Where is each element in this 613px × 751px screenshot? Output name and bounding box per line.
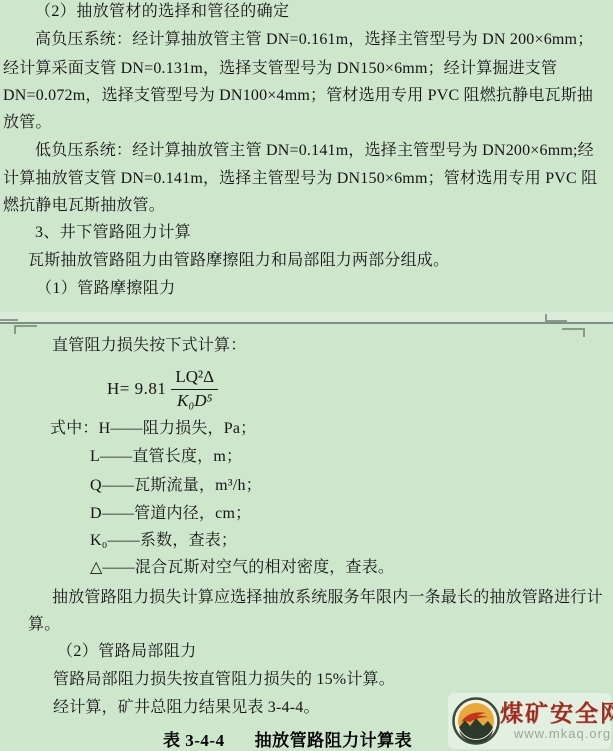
watermark-text: 煤矿安全网 www.mkaq.org [500, 701, 613, 741]
page2-right-margin-mark [583, 328, 585, 337]
paragraph-line: 低负压系统：经计算抽放管主管 DN=0.141m，选择主管型号为 DN200×6… [35, 142, 594, 160]
symbol-definition-line: L——直管长度，m； [90, 448, 242, 466]
paragraph-line: 燃抗静电瓦斯抽放管。 [3, 197, 165, 215]
page2-left-margin-mark [14, 325, 16, 334]
table-caption-title: 抽放管路阻力计算表 [255, 731, 413, 750]
page-break-band [0, 312, 613, 324]
section-2-heading: （2）抽放管材的选择和管径的确定 [35, 3, 289, 21]
paragraph-line: 放管。 [3, 114, 52, 132]
subsection-2-heading: （2）管路局部阻力 [57, 643, 197, 661]
paragraph-line: DN=0.072m，选择支管型号为 DN100×4mm；管材选用专用 PVC 阻… [3, 87, 593, 105]
paragraph-line: 抽放管路阻力损失计算应选择抽放系统服务年限内一条最长的抽放管路进行计 [52, 589, 603, 607]
symbol-definition-line: △——混合瓦斯对空气的相对密度，查表。 [90, 559, 394, 577]
paragraph-line: 高负压系统：经计算抽放管主管 DN=0.161m，选择主管型号为 DN 200×… [35, 31, 593, 49]
page2-left-margin-mark [14, 325, 37, 327]
page1-left-margin-mark [0, 319, 18, 321]
symbol-definition-line: K₀——系数，查表； [90, 532, 237, 550]
formula-numerator: LQ²Δ [171, 367, 218, 389]
symbol-definition-line: Q——瓦斯流量，m³/h； [90, 477, 262, 495]
table-caption: 表 3-4-4抽放管路阻力计算表 [163, 726, 412, 751]
formula-fraction: LQ²Δ K₀D⁵ [171, 367, 218, 410]
watermark-site-url: www.mkaq.org [514, 727, 611, 741]
page2-right-margin-mark [562, 328, 585, 330]
paragraph-line: 经计算，矿井总阻力结果见表 3-4-4。 [53, 699, 320, 717]
formula-denominator: K₀D⁵ [171, 390, 218, 411]
mkaq-logo-icon [452, 697, 500, 745]
paragraph-line: 经计算采面支管 DN=0.131m，选择支管型号为 DN150×6mm；经计算掘… [3, 60, 557, 78]
friction-loss-formula: H= 9.81 LQ²Δ K₀D⁵ [107, 366, 218, 412]
symbol-definition-line: D——管道内径，cm； [90, 505, 251, 523]
document-page: （2）抽放管材的选择和管径的确定 高负压系统：经计算抽放管主管 DN=0.161… [0, 0, 613, 751]
formula-lhs: H= 9.81 [107, 379, 166, 399]
page1-right-margin-mark [545, 320, 567, 322]
table-caption-number: 表 3-4-4 [163, 731, 225, 750]
paragraph-line: 管路局部阻力损失按直管阻力损失的 15%计算。 [53, 671, 395, 689]
watermark-site-name: 煤矿安全网 [500, 701, 613, 727]
site-watermark: 煤矿安全网 www.mkaq.org [448, 693, 611, 749]
paragraph-line: 计算抽放管支管 DN=0.141m，选择主管型号为 DN150×6mm；管材选用… [3, 170, 597, 188]
paragraph-line: 算。 [28, 616, 60, 634]
paragraph-line: 瓦斯抽放管路阻力由管路摩擦阻力和局部阻力两部分组成。 [28, 252, 449, 270]
subsection-1-heading: （1）管路摩擦阻力 [36, 280, 176, 298]
section-3-heading: 3、井下管路阻力计算 [35, 224, 191, 242]
symbol-definition-line: 式中：H——阻力损失，Pa； [50, 420, 256, 438]
paragraph-line: 直管阻力损失按下式计算： [52, 337, 246, 355]
